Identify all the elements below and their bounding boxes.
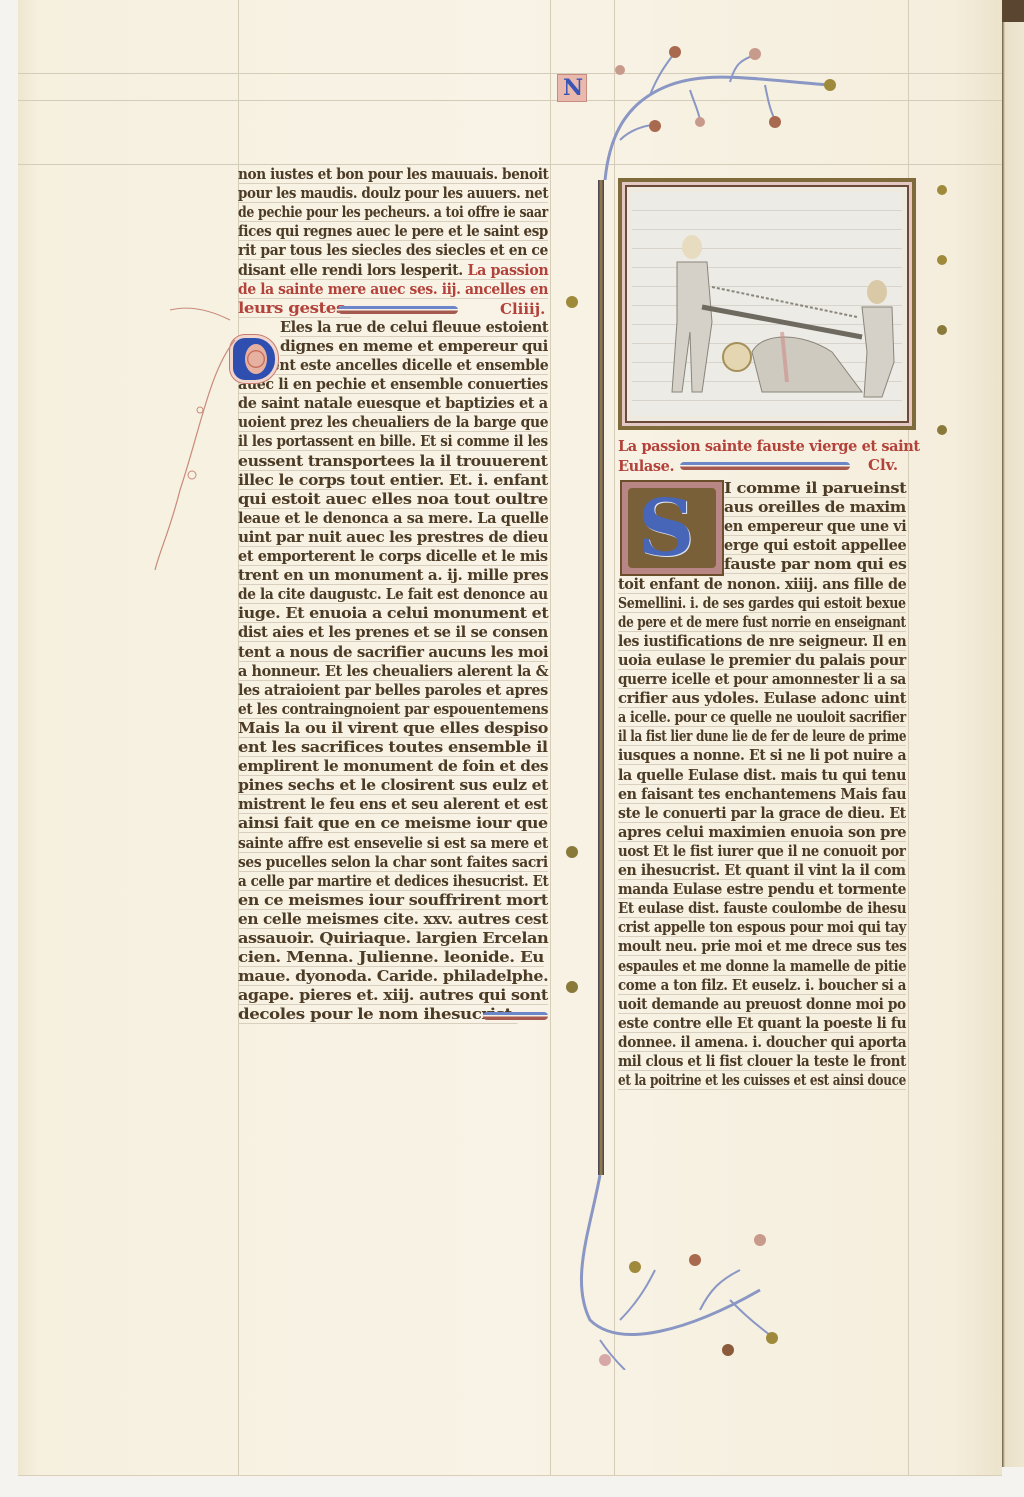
text-line: este contre elle Et quant la poeste li f… [618,1015,906,1033]
text-line: Mais la ou il virent que elles despiso [238,720,548,738]
text-line: en ce meismes iour souffrirent mort [238,892,548,910]
marginal-flower-icon [562,290,582,320]
text-line: ste le conuerti par la grace de dieu. Et [618,805,906,823]
text-line: auec li en pechie et ensemble conuerties [238,376,548,394]
text-line: agape. pieres et. xiij. autres qui sont [238,987,548,1005]
text-line: leaue et le denonca a sa mere. La quelle [238,510,548,528]
gold-border-stem [598,180,604,655]
text-line: emplirent le monument de foin et des [238,758,548,776]
chapter-number-left: Cliiij. [500,300,545,318]
text-line: et les contraingnoient par espouentemens [238,701,548,719]
text-line: disant elle rendi lors lesperit. La pass… [238,262,548,280]
text-line: erge qui estoit appellee [724,537,906,555]
next-page-edge [1002,22,1024,1467]
initial-letter: S [638,490,694,568]
chapter-number-right: Clv. [868,456,898,474]
text-line: eussent transportees la il trouuerent [238,453,547,471]
ruling-line [18,100,1002,101]
text-line: illec le corps tout entier. Et. i. enfan… [238,472,548,490]
text-line: dignes en meme et empereur qui [280,338,548,356]
text-line: pines sechs et le closirent sus eulz et [238,777,548,795]
text-line: fauste par nom qui es [724,556,906,574]
rubric-line: La passion sainte fauste vierge et saint [618,438,920,455]
text-line: a celle par martire et dedices ihesucris… [238,873,548,891]
text-line: pour les maudis. doulz pour les auuers. … [238,185,548,203]
text-line: les iustifications de nre seigneur. Il e… [618,633,906,651]
running-head-letter: N [563,75,583,101]
initial-ornament [245,344,267,374]
text-line: tent a nous de sacrifier aucuns les moi [238,644,548,662]
rubric-line: de la sainte mere auec ses. iij. ancelle… [238,281,548,299]
text-line: il la fist lier dune lie de fer de leure… [618,728,906,746]
penwork-flourish-icon [140,290,240,570]
rubric-line: Eulase. [618,458,674,475]
text-line: cien. Menna. Julienne. leonide. Eu [238,949,544,967]
text-line: de pere et de mere fust norrie en enseig… [618,614,906,632]
text-line: de pechie pour les pecheurs. a toi offre… [238,204,548,222]
text-line: Et eulase dist. fauste coulombe de ihesu [618,900,906,918]
text-line: querre icelle et pour amonnester li a sa [618,671,906,689]
binding-edge [1002,0,1024,24]
text-line: ainsi fait que en ce meisme iour que [238,815,548,833]
text-line: en faisant tes enchantemens Mais fau [618,786,906,804]
text-line: a icelle. pour ce quelle ne uouloit sacr… [618,709,906,727]
text-line: ses pucelles selon la char sont faites s… [238,854,548,872]
line-filler-bar [680,462,850,470]
text-line: il les portassent en bille. Et si comme … [238,433,548,451]
text-line: non iustes et bon pour les mauuais. beno… [238,166,548,184]
text-line: iusques a nonne. Et si ne li pot nuire a [618,747,906,765]
text-line: les atraioient par belles paroles et apr… [238,682,548,700]
rubric-line: La passion [463,262,548,279]
text-line: de la cite daugustc. Le fait est denonce… [238,586,548,604]
text-line: Semellini. i. de ses gardes qui estoit b… [618,595,906,613]
marginal-flower-icon [562,840,582,870]
miniature-scene [632,192,902,416]
text-line: en empereur que une vi [724,518,906,536]
text-line: ent les sacrifices toutes ensemble il [238,739,548,757]
vine-border-bottom-icon [560,1170,820,1370]
martyrdom-saw-scene-icon [632,192,902,416]
ruling-line [550,0,551,1475]
text-line: crifier aus ydoles. Eulase adonc uint [618,690,906,708]
text-line: moult neu. prie moi et me drece sus tes [618,938,906,956]
text-line: et la poitrine et les cuisses et est ain… [618,1072,906,1090]
text-line: uoient prez les cheualiers de la barge q… [238,414,548,432]
text-line: mil clous et li fist clouer la teste le … [618,1053,906,1071]
text-line: en ihesucrist. Et quant il vint la il co… [618,862,906,880]
text-line: apres celui maximien enuoia son pre [618,824,906,842]
text-line: sainte affre est ensevelie si est sa mer… [238,835,548,853]
text-line: de saint natale euesque et baptizies et … [238,395,548,413]
running-head-initial: N [557,74,587,102]
text-line: en celle meismes cite. xxv. autres cest [238,911,548,929]
line-filler-bar [338,306,458,314]
text-line: espaules et me donne la mamelle de pitie [618,958,906,976]
text-line: mistrent le feu ens et seu alerent et es… [238,796,548,814]
text-line: dist aies et les prenes et se il se cons… [238,624,548,642]
text-line: fices qui regnes auec le pere et le sain… [238,223,548,241]
ruling-line [18,73,1002,74]
text-line: qui estoit auec elles noa tout oultre [238,491,548,509]
text-line: maue. dyonoda. Caride. philadelphe. [238,968,548,986]
text-line: a honneur. Et les cheualiers alerent la … [238,663,548,681]
gold-border-stem [598,655,604,1175]
text-line: aus oreilles de maxim [724,499,906,517]
text-line: iuge. Et enuoia a celui monument et [238,605,548,623]
marginal-flower-icon [562,975,582,1005]
text-line: uint par nuit auec les prestres de dieu [238,529,548,547]
rubric-line: leurs gestes. [238,300,350,318]
text-line: decoles pour le nom ihesucrist. [238,1006,517,1024]
text-line: toit enfant de nonon. xiiij. ans fille d… [618,576,906,594]
text-line: crist appelle ton espous pour moi qui ta… [618,919,906,937]
text-line: I comme il parueinst [724,480,906,498]
text-line: come a ton filz. Et euselz. i. boucher s… [618,977,906,995]
text-line: auoient este ancelles dicelle et ensembl… [238,357,548,375]
text-line: Eles la rue de celui fleuue estoient [280,319,548,337]
text-line: trent en un monument a. ij. mille pres [238,567,548,585]
text-line: et emporterent le corps dicelle et le mi… [238,548,548,566]
text-line: donnee. il amena. i. doucher qui aporta [618,1034,906,1052]
text-line: manda Eulase estre pendu et tormente [618,881,906,899]
text-line: uoia eulase le premier du palais pour [618,652,906,670]
line-filler-bar [483,1012,548,1020]
text-line: uost Et le fist iurer que il ne conuoit … [618,843,906,861]
miniature-illustration [618,178,916,430]
vine-border-top-icon [590,40,850,180]
ruling-line [18,164,1002,165]
text-line: assauoir. Quiriaque. largien Ercelan [238,930,548,948]
marginal-flower-icon [932,180,952,440]
text-line: rit par tous les siecles des siecles et … [238,242,548,260]
text-line: uoit demande au preuost donne moi po [618,996,906,1014]
decorated-initial-S: S [620,480,724,576]
text-line: la quelle Eulase dist. mais tu qui tenu [618,767,906,785]
